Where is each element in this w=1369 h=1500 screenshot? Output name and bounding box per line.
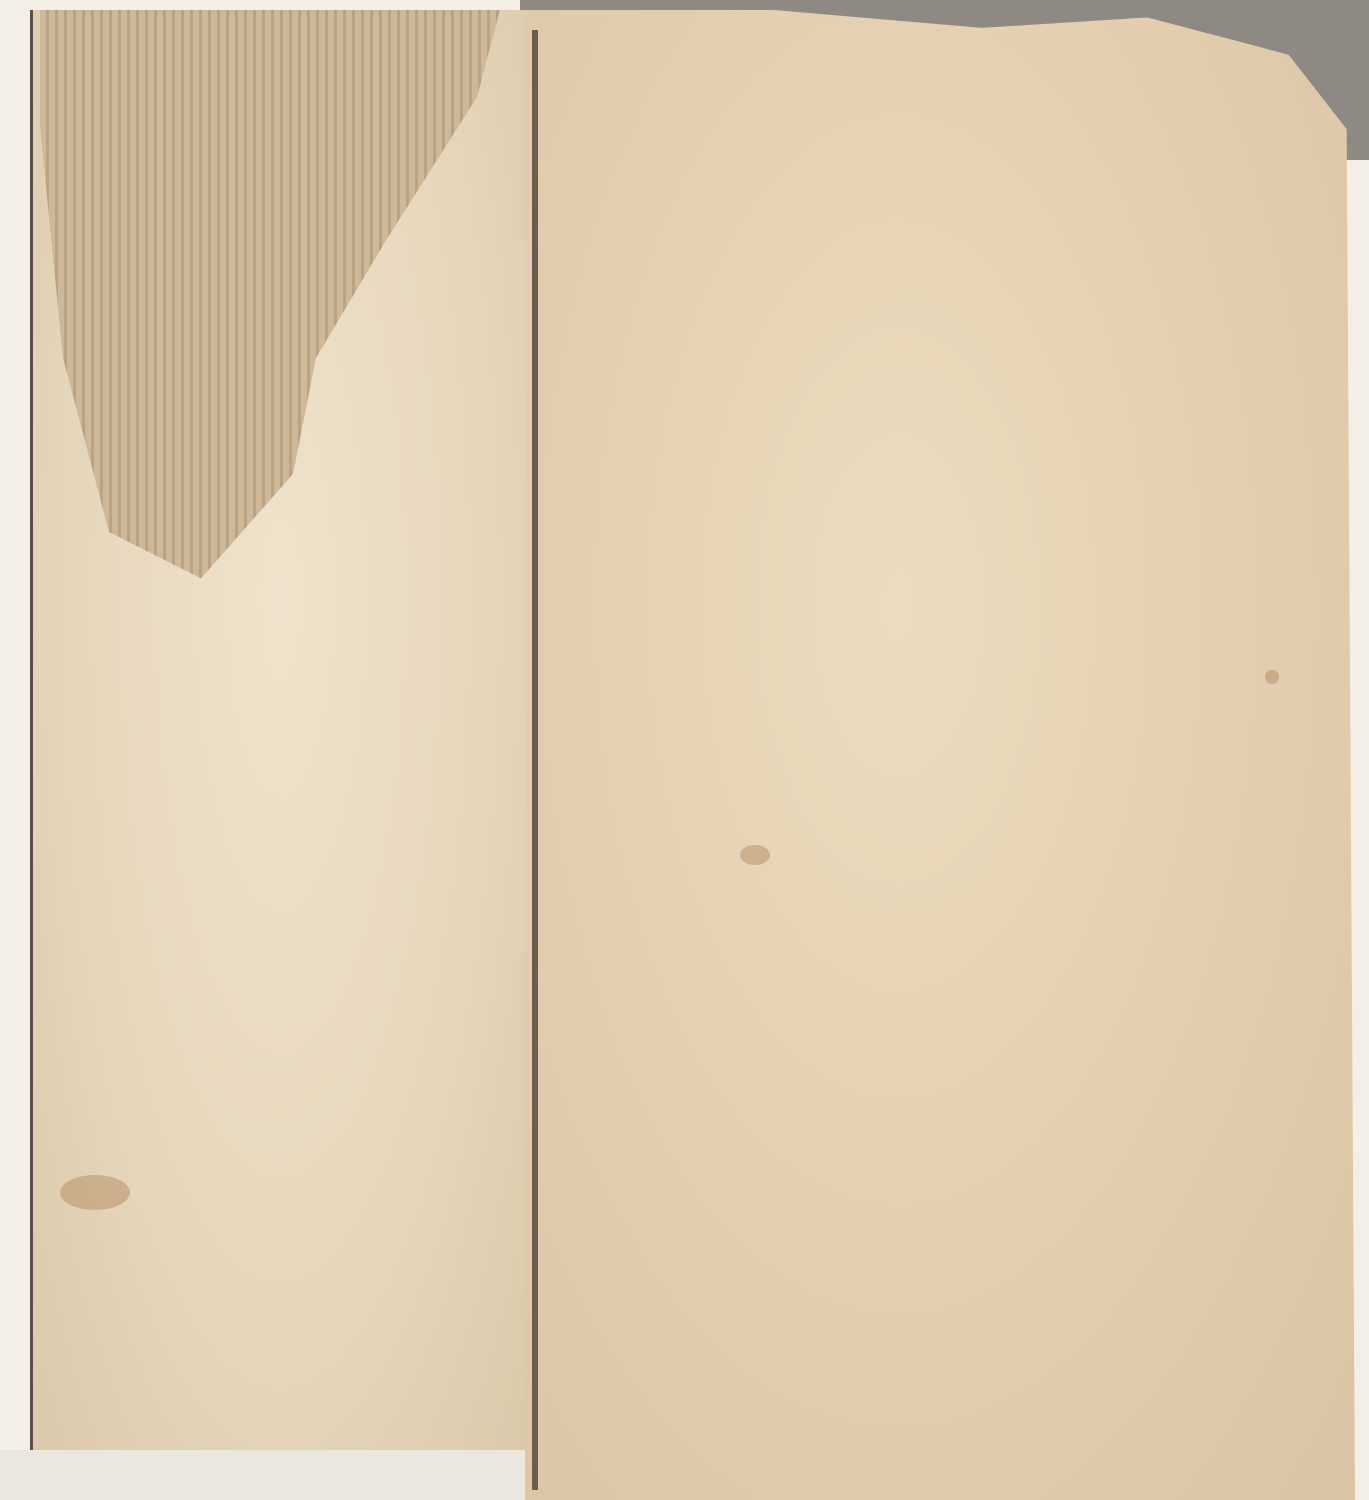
stain	[1265, 670, 1279, 684]
book-photo	[0, 0, 1369, 1500]
spine-fold-line	[532, 30, 538, 1490]
book-cover-panel	[525, 10, 1355, 1500]
bottom-edge	[0, 1450, 525, 1500]
stain	[740, 845, 770, 865]
stain	[60, 1175, 130, 1210]
